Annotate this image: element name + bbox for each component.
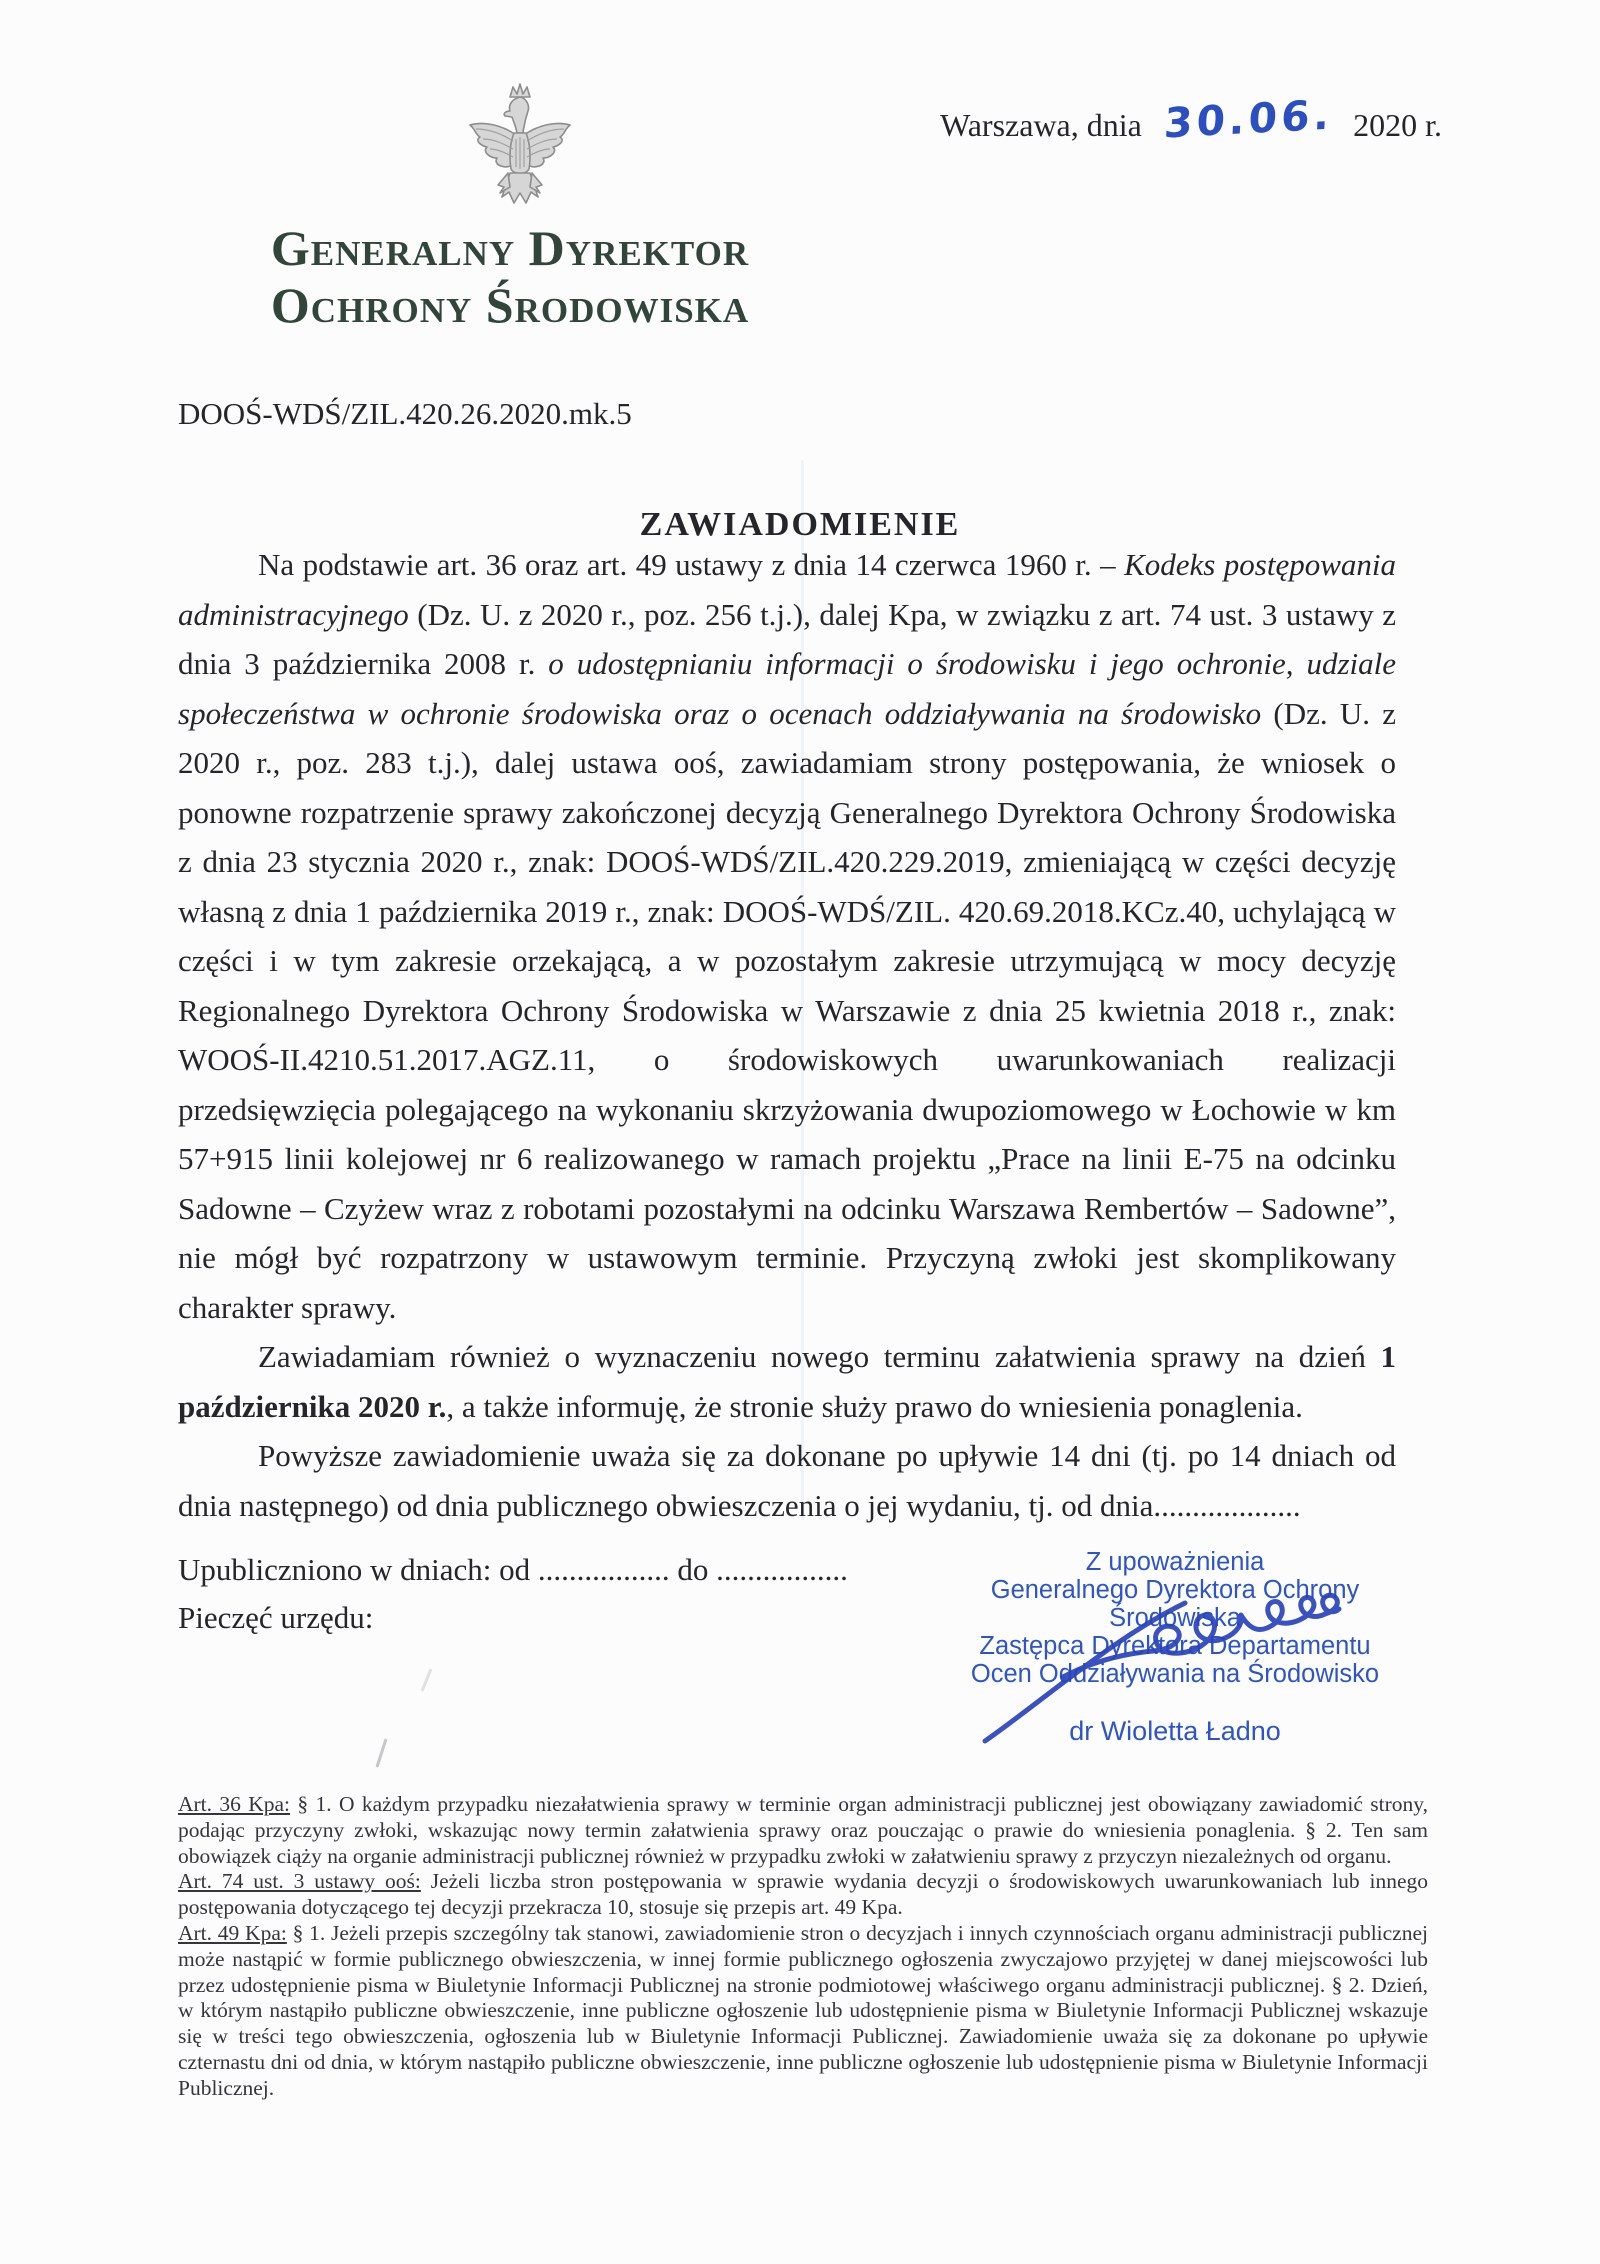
body-run: Na podstawie art. 36 oraz art. 49 ustawy… [258, 547, 1124, 582]
document-body: Na podstawie art. 36 oraz art. 49 ustawy… [178, 540, 1396, 1530]
letterhead-line1: Generalny Dyrektor [200, 220, 820, 277]
stamp-line: Zastępca Dyrektora Departamentu [930, 1632, 1420, 1660]
reference-number: DOOŚ-WDŚ/ZIL.420.26.2020.mk.5 [178, 396, 632, 432]
document-title: ZAWIADOMIENIE [0, 506, 1600, 544]
handwritten-date: 30.06. [1163, 90, 1335, 147]
letterhead-line2: Ochrony Środowiska [200, 277, 820, 334]
paragraph-new-deadline: Zawiadamiam również o wyznaczeniu nowego… [178, 1332, 1396, 1431]
signer-name: dr Wioletta Ładno [930, 1717, 1420, 1745]
stamp-line: Z upoważnienia [930, 1548, 1420, 1576]
publication-block: Upubliczniono w dniach: od .............… [178, 1546, 848, 1642]
letterhead-title: Generalny Dyrektor Ochrony Środowiska [200, 220, 820, 334]
published-dates-line: Upubliczniono w dniach: od .............… [178, 1546, 848, 1594]
footnotes: Art. 36 Kpa: § 1. O każdym przypadku nie… [178, 1792, 1428, 2102]
paragraph-delivery-rule: Powyższe zawiadomienie uważa się za doko… [178, 1431, 1396, 1530]
stamp-line: Ocen Oddziaływania na Środowisko [930, 1660, 1420, 1688]
stamp-line: Generalnego Dyrektora Ochrony Środowiska [930, 1576, 1420, 1632]
footnote-label: Art. 36 Kpa: [178, 1792, 290, 1816]
city-date-label: Warszawa, dnia [940, 107, 1142, 143]
body-run: (Dz. U. z 2020 r., poz. 283 t.j.), dalej… [178, 696, 1396, 1325]
body-run: Powyższe zawiadomienie uważa się za doko… [178, 1438, 1396, 1523]
footnote-text: § 1. O każdym przypadku niezałatwienia s… [178, 1792, 1428, 1868]
authorization-stamp: Z upoważnienia Generalnego Dyrektora Och… [930, 1548, 1420, 1745]
scan-stray-mark [375, 1738, 387, 1767]
footnote-label: Art. 49 Kpa: [178, 1921, 287, 1945]
footnote-text: § 1. Jeżeli przepis szczególny tak stano… [178, 1921, 1428, 2100]
scan-stray-mark [421, 1668, 433, 1691]
body-run: Zawiadamiam również o wyznaczeniu nowego… [258, 1339, 1381, 1374]
scanned-official-letter: Warszawa, dnia 30.06. 2020 r. Generalny … [0, 0, 1600, 2264]
year-suffix: 2020 r. [1353, 107, 1442, 143]
office-seal-label: Pieczęć urzędu: [178, 1594, 848, 1642]
polish-eagle-emblem [460, 80, 580, 222]
body-run: , a także informuję, że stronie służy pr… [446, 1389, 1303, 1424]
date-line: Warszawa, dnia 30.06. 2020 r. [0, 98, 1442, 146]
footnote-art74: Art. 74 ust. 3 ustawy ooś: Jeżeli liczba… [178, 1869, 1428, 1921]
paragraph-legal-basis: Na podstawie art. 36 oraz art. 49 ustawy… [178, 540, 1396, 1332]
footnote-label: Art. 74 ust. 3 ustawy ooś: [178, 1869, 421, 1893]
footnote-art49: Art. 49 Kpa: § 1. Jeżeli przepis szczegó… [178, 1921, 1428, 2102]
footnote-art36: Art. 36 Kpa: § 1. O każdym przypadku nie… [178, 1792, 1428, 1869]
